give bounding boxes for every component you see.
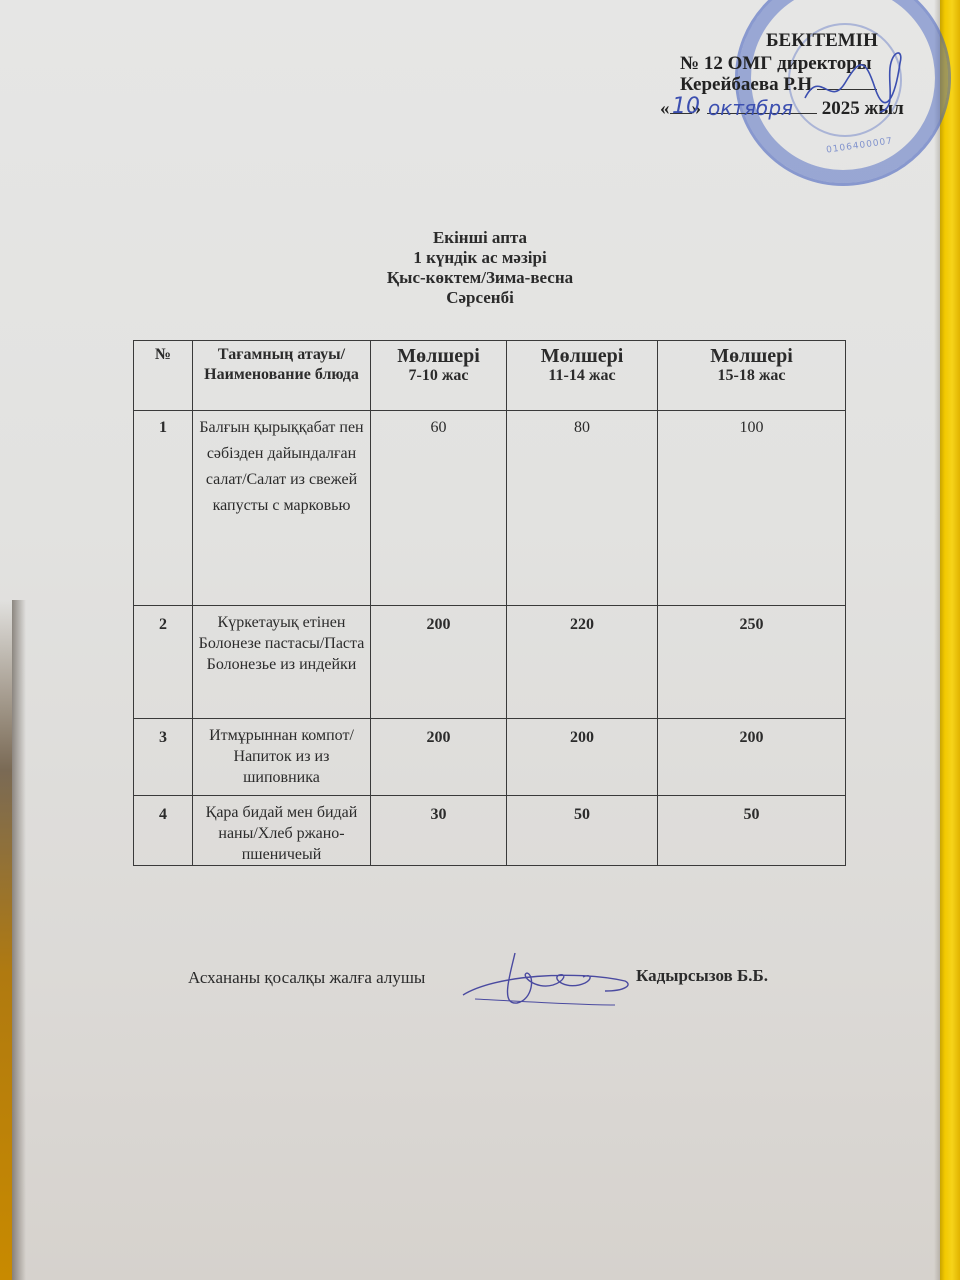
title-season: Қыс-көктем/Зима-весна	[0, 268, 960, 288]
handwritten-day: 10	[672, 94, 700, 119]
title-menu: 1 күндік ас мәзірі	[0, 248, 960, 268]
portion-value: 200	[371, 606, 507, 719]
portion-label: Мөлшері	[511, 345, 653, 367]
portion-value: 30	[371, 796, 507, 866]
dish-name: Қара бидай мен бидай наны/Хлеб ржано-пше…	[193, 796, 371, 866]
portion-value: 50	[507, 796, 658, 866]
portion-age: 15-18 жас	[662, 367, 841, 385]
portion-value: 220	[507, 606, 658, 719]
portion-label: Мөлшері	[375, 345, 502, 367]
portion-age: 11-14 жас	[511, 367, 653, 385]
footer-name: Кадырсызов Б.Б.	[636, 966, 768, 986]
table-row: 1 Балғын қырыққабат пен сәбізден дайында…	[134, 411, 846, 606]
footer-role: Асхананы қосалқы жалға алушы	[188, 968, 425, 988]
stamp-number: 0106400007	[826, 136, 894, 155]
title-week: Екінші апта	[0, 228, 960, 248]
portion-age: 7-10 жас	[375, 367, 502, 385]
menu-title: Екінші апта 1 күндік ас мәзірі Қыс-көкте…	[0, 228, 960, 308]
row-number: 3	[134, 719, 193, 796]
table-row: 4 Қара бидай мен бидай наны/Хлеб ржано-п…	[134, 796, 846, 866]
portion-value: 200	[507, 719, 658, 796]
portion-value: 200	[658, 719, 846, 796]
portion-value: 250	[658, 606, 846, 719]
row-number: 1	[134, 411, 193, 606]
portion-value: 200	[371, 719, 507, 796]
portion-value: 80	[507, 411, 658, 606]
yellow-frame-right	[940, 0, 960, 1280]
tenant-signature-icon	[455, 945, 635, 1015]
dish-name: Күркетауық етінен Болонезе пастасы/Паста…	[193, 606, 371, 719]
yellow-frame-left	[0, 600, 12, 1280]
approver-name: Керейбаева Р.Н	[680, 74, 812, 95]
header-portion-7-10: Мөлшері7-10 жас	[371, 341, 507, 411]
title-day: Сәрсенбі	[0, 288, 960, 308]
frame-shadow-left	[12, 600, 26, 1280]
portion-value: 100	[658, 411, 846, 606]
portion-value: 60	[371, 411, 507, 606]
dish-name: Итмұрыннан компот/Напиток из из шиповник…	[193, 719, 371, 796]
portion-label: Мөлшері	[662, 345, 841, 367]
date-open-quote: «	[660, 98, 670, 119]
handwritten-month: октября	[708, 96, 793, 120]
header-number: №	[134, 341, 193, 411]
table-header-row: № Тағамның атауы/ Наименование блюда Мөл…	[134, 341, 846, 411]
header-portion-15-18: Мөлшері15-18 жас	[658, 341, 846, 411]
menu-table: № Тағамның атауы/ Наименование блюда Мөл…	[133, 340, 846, 866]
row-number: 4	[134, 796, 193, 866]
table-row: 3 Итмұрыннан компот/Напиток из из шиповн…	[134, 719, 846, 796]
director-signature-icon	[800, 38, 910, 118]
table-row: 2 Күркетауық етінен Болонезе пастасы/Пас…	[134, 606, 846, 719]
portion-value: 50	[658, 796, 846, 866]
dish-name: Балғын қырыққабат пен сәбізден дайындалғ…	[193, 411, 371, 606]
header-dish-name: Тағамның атауы/ Наименование блюда	[193, 341, 371, 411]
header-portion-11-14: Мөлшері11-14 жас	[507, 341, 658, 411]
row-number: 2	[134, 606, 193, 719]
